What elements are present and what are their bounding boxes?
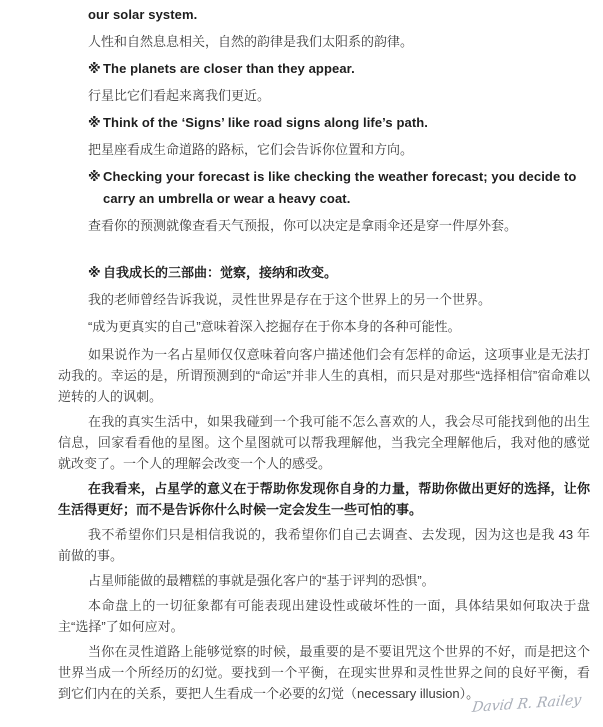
paragraph: 本命盘上的一切征象都有可能表现出建设性或破坏性的一面，具体结果如何取决于盘主“选… — [58, 595, 590, 637]
paragraph-text: Checking your forecast is like checking … — [103, 169, 576, 206]
paragraph: 我的老师曾经告诉我说，灵性世界是存在于这个世界上的另一个世界。 — [58, 289, 590, 311]
paragraph: 查看你的预测就像查看天气预报，你可以决定是拿雨伞还是穿一件厚外套。 — [58, 215, 590, 237]
reference-mark: ※ — [88, 112, 101, 134]
paragraph: 当你在灵性道路上能够觉察的时候，最重要的是不要诅咒这个世界的不好，而是把这个世界… — [58, 641, 590, 704]
bullet-item: ※The planets are closer than they appear… — [58, 58, 590, 80]
document-text-block: our solar system.人性和自然息息相关，自然的韵律是我们太阳系的韵… — [58, 4, 590, 708]
paragraph-text: 占星师能做的最糟糕的事就是强化客户的“基于评判的恐惧”。 — [88, 573, 435, 588]
paragraph: 在我看来，占星学的意义在于帮助你发现你自身的力量，帮助你做出更好的选择，让你生活… — [58, 478, 590, 520]
paragraph-text: “成为更真实的自己”意味着深入挖掘存在于你本身的各种可能性。 — [88, 319, 461, 334]
paragraph: our solar system. — [58, 4, 590, 26]
paragraph-text: 自我成长的三部曲：觉察，接纳和改变。 — [103, 265, 337, 280]
paragraph-text: 行星比它们看起来离我们更近。 — [88, 88, 270, 103]
paragraph-text: 在我看来，占星学的意义在于帮助你发现你自身的力量，帮助你做出更好的选择，让你生活… — [58, 481, 590, 517]
paragraph-text: 本命盘上的一切征象都有可能表现出建设性或破坏性的一面，具体结果如何取决于盘主“选… — [58, 598, 590, 634]
bullet-item: ※Think of the ‘Signs’ like road signs al… — [58, 112, 590, 134]
paragraph-text: 我的老师曾经告诉我说，灵性世界是存在于这个世界上的另一个世界。 — [88, 292, 491, 307]
paragraph: 把星座看成生命道路的路标，它们会告诉你位置和方向。 — [58, 139, 590, 161]
paragraph-text: 查看你的预测就像查看天气预报，你可以决定是拿雨伞还是穿一件厚外套。 — [88, 218, 517, 233]
bullet-item: ※自我成长的三部曲：觉察，接纳和改变。 — [58, 262, 590, 284]
paragraph-text: 如果说作为一名占星师仅仅意味着向客户描述他们会有怎样的命运，这项事业是无法打动我… — [58, 347, 590, 404]
paragraph: “成为更真实的自己”意味着深入挖掘存在于你本身的各种可能性。 — [58, 316, 590, 338]
paragraph: 行星比它们看起来离我们更近。 — [58, 85, 590, 107]
paragraph: 在我的真实生活中，如果我碰到一个我可能不怎么喜欢的人，我会尽可能找到他的出生信息… — [58, 411, 590, 474]
paragraph: 人性和自然息息相关，自然的韵律是我们太阳系的韵律。 — [58, 31, 590, 53]
paragraph-text: 我不希望你们只是相信我说的，我希望你们自己去调查、去发现，因为这也是我 43 年… — [58, 527, 590, 563]
paragraph-text: 把星座看成生命道路的路标，它们会告诉你位置和方向。 — [88, 142, 413, 157]
page: { "page": { "background_color": "#ffffff… — [0, 0, 603, 727]
paragraph: 我不希望你们只是相信我说的，我希望你们自己去调查、去发现，因为这也是我 43 年… — [58, 524, 590, 566]
paragraph-text: Think of the ‘Signs’ like road signs alo… — [103, 115, 428, 130]
paragraph: 占星师能做的最糟糕的事就是强化客户的“基于评判的恐惧”。 — [58, 570, 590, 591]
paragraph-text: 在我的真实生活中，如果我碰到一个我可能不怎么喜欢的人，我会尽可能找到他的出生信息… — [58, 414, 590, 471]
bullet-item: ※Checking your forecast is like checking… — [58, 166, 590, 210]
reference-mark: ※ — [88, 58, 101, 80]
reference-mark: ※ — [88, 166, 101, 188]
paragraph-text: 人性和自然息息相关，自然的韵律是我们太阳系的韵律。 — [88, 34, 413, 49]
reference-mark: ※ — [88, 262, 101, 284]
paragraph-text: The planets are closer than they appear. — [103, 61, 355, 76]
paragraph: 如果说作为一名占星师仅仅意味着向客户描述他们会有怎样的命运，这项事业是无法打动我… — [58, 344, 590, 407]
paragraph-text: 当你在灵性道路上能够觉察的时候，最重要的是不要诅咒这个世界的不好，而是把这个世界… — [58, 644, 590, 701]
paragraph-text: our solar system. — [88, 7, 197, 22]
